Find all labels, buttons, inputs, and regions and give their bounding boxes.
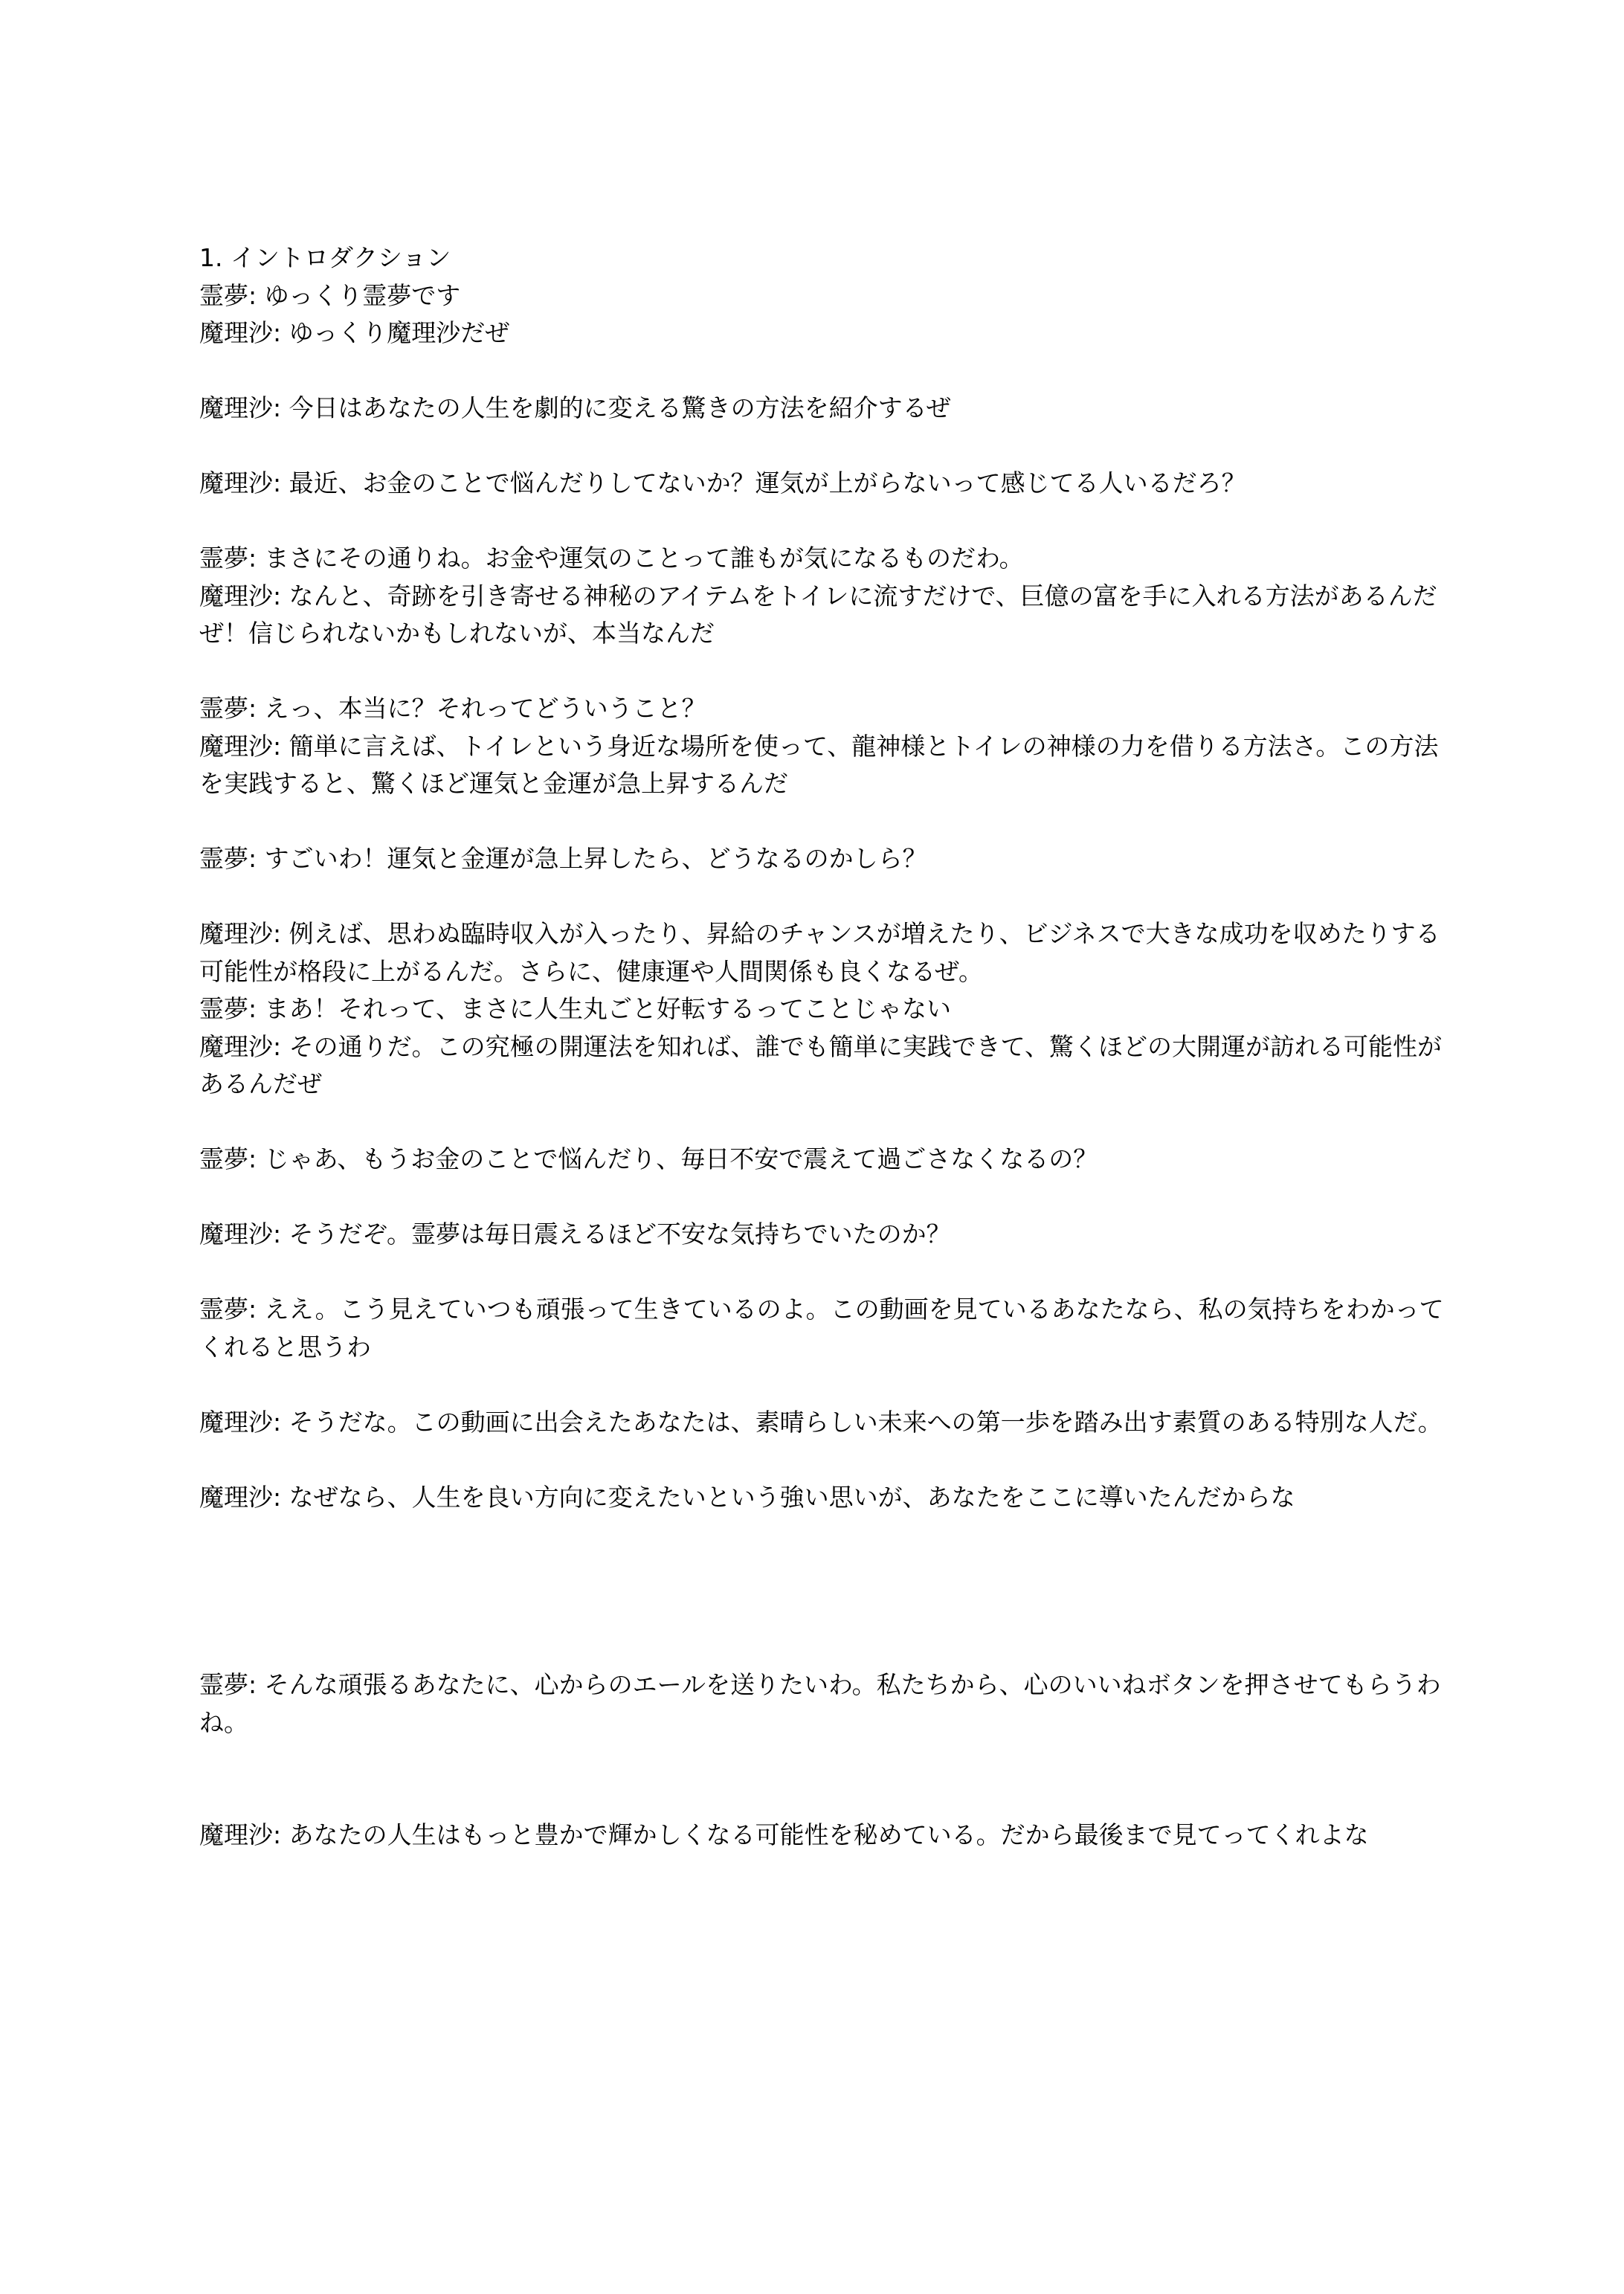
dialogue-line: 霊夢: まあ！それって、まさに人生丸ごと好転するってことじゃない [199, 990, 1449, 1028]
blank-line [199, 352, 1449, 390]
dialogue-line: 魔理沙: なんと、奇跡を引き寄せる神秘のアイテムをトイレに流すだけで、巨億の富を… [199, 578, 1449, 653]
dialogue-line: 霊夢: えっ、本当に？それってどういうこと？ [199, 690, 1449, 728]
blank-line [199, 878, 1449, 916]
dialogue-line: 魔理沙: その通りだ。この究極の開運法を知れば、誰でも簡単に実践できて、驚くほど… [199, 1028, 1449, 1103]
dialogue-line: 魔理沙: そうだぞ。霊夢は毎日震えるほど不安な気持ちでいたのか？ [199, 1216, 1449, 1254]
dialogue-line: 魔理沙: 今日はあなたの人生を劇的に変える驚きの方法を紹介するぜ [199, 390, 1449, 428]
dialogue-line: 霊夢: ゆっくり霊夢です [199, 277, 1449, 315]
blank-line [199, 503, 1449, 541]
blank-line [199, 1366, 1449, 1404]
blank-line [199, 1179, 1449, 1217]
blank-line [199, 1254, 1449, 1292]
blank-line [199, 653, 1449, 691]
dialogue-line: 魔理沙: 最近、お金のことで悩んだりしてないか？運気が上がらないって感じてる人い… [199, 465, 1449, 503]
blank-line [199, 428, 1449, 465]
dialogue-line: 魔理沙: ゆっくり魔理沙だぜ [199, 315, 1449, 352]
dialogue-line: 魔理沙: なぜなら、人生を良い方向に変えたいという強い思いが、あなたをここに導い… [199, 1479, 1449, 1517]
dialogue-line: 霊夢: じゃあ、もうお金のことで悩んだり、毎日不安で震えて過ごさなくなるの？ [199, 1141, 1449, 1179]
blank-space [199, 1516, 1449, 1666]
document-page: 1. イントロダクション 霊夢: ゆっくり霊夢です 魔理沙: ゆっくり魔理沙だぜ… [199, 239, 1449, 1855]
dialogue-line: 魔理沙: 例えば、思わぬ臨時収入が入ったり、昇給のチャンスが増えたり、ビジネスで… [199, 915, 1449, 990]
blank-line [199, 1103, 1449, 1141]
dialogue-line: 魔理沙: あなたの人生はもっと豊かで輝かしくなる可能性を秘めている。だから最後ま… [199, 1817, 1449, 1855]
dialogue-line: 霊夢: まさにその通りね。お金や運気のことって誰もが気になるものだわ。 [199, 540, 1449, 578]
dialogue-line: 霊夢: すごいわ！運気と金運が急上昇したら、どうなるのかしら？ [199, 840, 1449, 878]
blank-line [199, 803, 1449, 841]
dialogue-line: 魔理沙: 簡単に言えば、トイレという身近な場所を使って、龍神様とトイレの神様の力… [199, 728, 1449, 803]
blank-space [199, 1742, 1449, 1817]
dialogue-line: 魔理沙: そうだな。この動画に出会えたあなたは、素晴らしい未来への第一歩を踏み出… [199, 1404, 1449, 1442]
dialogue-line: 霊夢: ええ。こう見えていつも頑張って生きているのよ。この動画を見ているあなたな… [199, 1291, 1449, 1366]
section-heading: 1. イントロダクション [199, 239, 1449, 277]
blank-line [199, 1441, 1449, 1479]
dialogue-line: 霊夢: そんな頑張るあなたに、心からのエールを送りたいわ。私たちから、心のいいね… [199, 1666, 1449, 1742]
